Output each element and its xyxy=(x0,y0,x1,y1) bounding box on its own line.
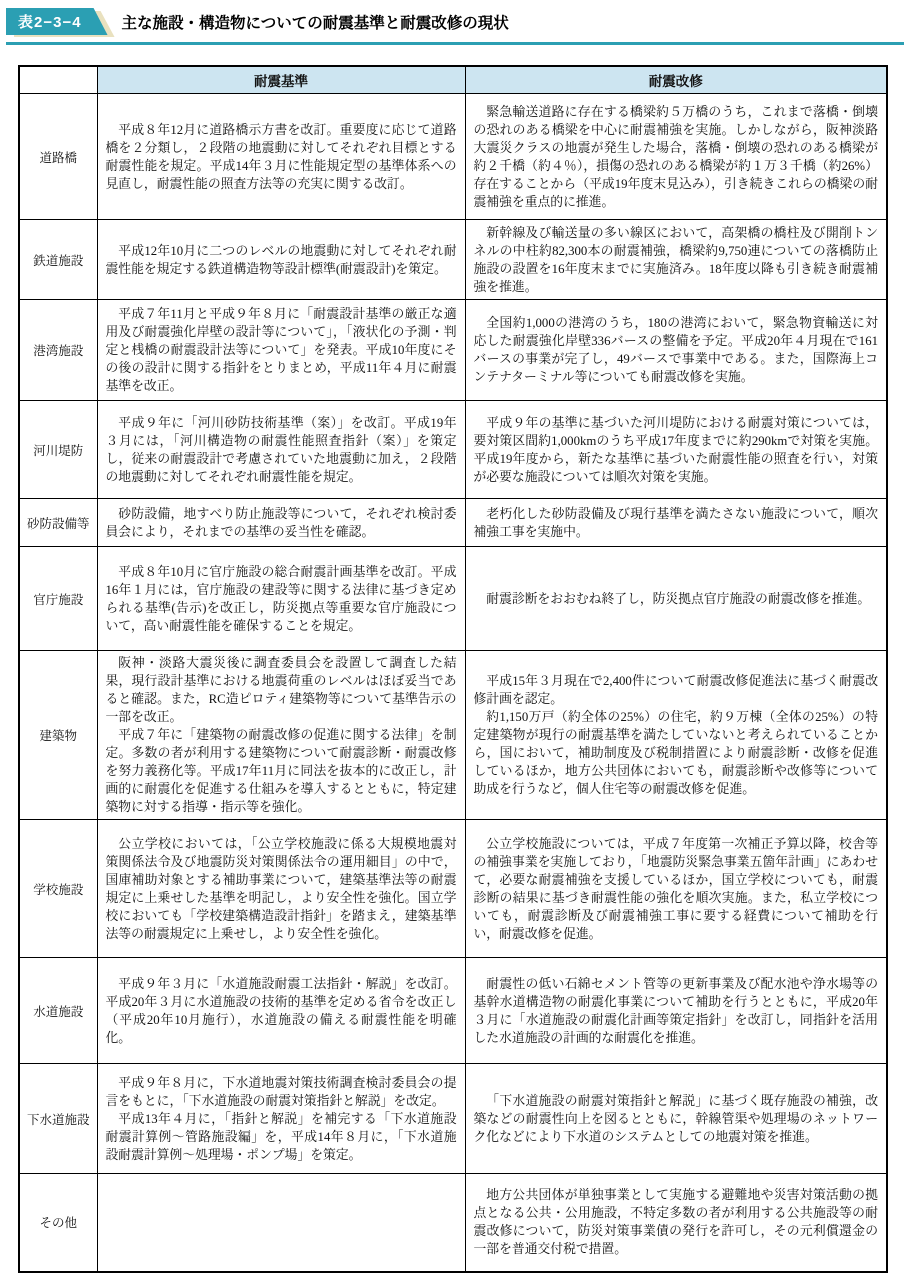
document-header: 表2−3−4 主な施設・構造物についての耐震基準と耐震改修の現状 xyxy=(0,0,904,45)
standard-cell: 平成７年11月と平成９年８月に「耐震設計基準の厳正な適用及び耐震強化岸壁の設計等… xyxy=(97,300,465,401)
retrofit-cell: 平成９年の基準に基づいた河川堤防における耐震対策については，要対策区間約1,00… xyxy=(465,401,887,499)
standard-cell xyxy=(97,1174,465,1272)
retrofit-cell: 耐震性の低い石綿セメント管等の更新事業及び配水池や浄水場等の基幹水道構造物の耐震… xyxy=(465,958,887,1064)
table-row: 建築物 阪神・淡路大震災後に調査委員会を設置して調査した結果，現行設計基準におけ… xyxy=(19,651,887,820)
retrofit-cell: 緊急輸送道路に存在する橋梁約５万橋のうち，これまで落橋・倒壊の恐れのある橋梁を中… xyxy=(465,94,887,220)
column-header-standard: 耐震基準 xyxy=(97,66,465,94)
page-title: 主な施設・構造物についての耐震基準と耐震改修の現状 xyxy=(122,11,509,33)
standard-cell: 砂防設備，地すべり防止施設等について，それぞれ検討委員会により，それまでの基準の… xyxy=(97,499,465,547)
table-row: 鉄道施設 平成12年10月に二つのレベルの地震動に対してそれぞれ耐震性能を規定す… xyxy=(19,220,887,300)
standard-cell: 平成９年に「河川砂防技術基準（案）」を改訂。平成19年３月には，「河川構造物の耐… xyxy=(97,401,465,499)
table-row: その他 地方公共団体が単独事業として実施する避難地や災害対策活動の拠点となる公共… xyxy=(19,1174,887,1272)
retrofit-cell: 地方公共団体が単独事業として実施する避難地や災害対策活動の拠点となる公共・公用施… xyxy=(465,1174,887,1272)
retrofit-cell: 新幹線及び輸送量の多い線区において，高架橋の橋柱及び開削トンネルの中柱約82,3… xyxy=(465,220,887,300)
table-row: 砂防設備等 砂防設備，地すべり防止施設等について，それぞれ検討委員会により，それ… xyxy=(19,499,887,547)
table-row: 官庁施設 平成８年10月に官庁施設の総合耐震計画基準を改訂。平成16年１月には，… xyxy=(19,547,887,651)
standard-cell: 平成12年10月に二つのレベルの地震動に対してそれぞれ耐震性能を規定する鉄道構造… xyxy=(97,220,465,300)
column-header-facility xyxy=(19,66,97,94)
retrofit-cell: 老朽化した砂防設備及び現行基準を満たさない施設について，順次補強工事を実施中。 xyxy=(465,499,887,547)
header-row: 耐震基準 耐震改修 xyxy=(19,66,887,94)
standard-cell: 平成８年12月に道路橋示方書を改訂。重要度に応じて道路橋を２分類し，２段階の地震… xyxy=(97,94,465,220)
standard-cell: 平成９年３月に「水道施設耐震工法指針・解説」を改訂。平成20年３月に水道施設の技… xyxy=(97,958,465,1064)
facility-label: 学校施設 xyxy=(19,820,97,958)
retrofit-cell: 全国約1,000の港湾のうち，180の港湾において，緊急物資輸送に対応した耐震強… xyxy=(465,300,887,401)
facility-label: 河川堤防 xyxy=(19,401,97,499)
table-number-label: 表2−3−4 xyxy=(6,8,108,35)
table-row: 下水道施設 平成９年８月に，下水道地震対策技術調査検討委員会の提言をもとに，「下… xyxy=(19,1064,887,1174)
facility-label: 砂防設備等 xyxy=(19,499,97,547)
facility-label: 官庁施設 xyxy=(19,547,97,651)
standard-cell: 平成８年10月に官庁施設の総合耐震計画基準を改訂。平成16年１月には，官庁施設の… xyxy=(97,547,465,651)
facility-label: 道路橋 xyxy=(19,94,97,220)
retrofit-cell: 平成15年３月現在で2,400件について耐震改修促進法に基づく耐震改修計画を認定… xyxy=(465,651,887,820)
seismic-standards-table: 耐震基準 耐震改修 道路橋 平成８年12月に道路橋示方書を改訂。重要度に応じて道… xyxy=(18,65,888,1273)
table-header: 耐震基準 耐震改修 xyxy=(19,66,887,94)
retrofit-cell: 耐震診断をおおむね終了し，防災拠点官庁施設の耐震改修を推進。 xyxy=(465,547,887,651)
facility-label: 港湾施設 xyxy=(19,300,97,401)
facility-label: 建築物 xyxy=(19,651,97,820)
table-number-badge: 表2−3−4 xyxy=(6,8,108,35)
standard-cell: 平成９年８月に，下水道地震対策技術調査検討委員会の提言をもとに，「下水道施設の耐… xyxy=(97,1064,465,1174)
retrofit-cell: 公立学校施設については，平成７年度第一次補正予算以降，校舎等の補強事業を実施して… xyxy=(465,820,887,958)
table-row: 河川堤防 平成９年に「河川砂防技術基準（案）」を改訂。平成19年３月には，「河川… xyxy=(19,401,887,499)
table-row: 道路橋 平成８年12月に道路橋示方書を改訂。重要度に応じて道路橋を２分類し，２段… xyxy=(19,94,887,220)
table-row: 港湾施設 平成７年11月と平成９年８月に「耐震設計基準の厳正な適用及び耐震強化岸… xyxy=(19,300,887,401)
column-header-retrofit: 耐震改修 xyxy=(465,66,887,94)
facility-label: 水道施設 xyxy=(19,958,97,1064)
facility-label: その他 xyxy=(19,1174,97,1272)
facility-label: 鉄道施設 xyxy=(19,220,97,300)
retrofit-cell: 「下水道施設の耐震対策指針と解説」に基づく既存施設の補強，改築などの耐震性向上を… xyxy=(465,1064,887,1174)
standard-cell: 阪神・淡路大震災後に調査委員会を設置して調査した結果，現行設計基準における地震荷… xyxy=(97,651,465,820)
facility-label: 下水道施設 xyxy=(19,1064,97,1174)
table-row: 学校施設 公立学校においては，「公立学校施設に係る大規模地震対策関係法令及び地震… xyxy=(19,820,887,958)
title-underline xyxy=(6,42,904,45)
standard-cell: 公立学校においては，「公立学校施設に係る大規模地震対策関係法令及び地震防災対策関… xyxy=(97,820,465,958)
table-row: 水道施設 平成９年３月に「水道施設耐震工法指針・解説」を改訂。平成20年３月に水… xyxy=(19,958,887,1064)
